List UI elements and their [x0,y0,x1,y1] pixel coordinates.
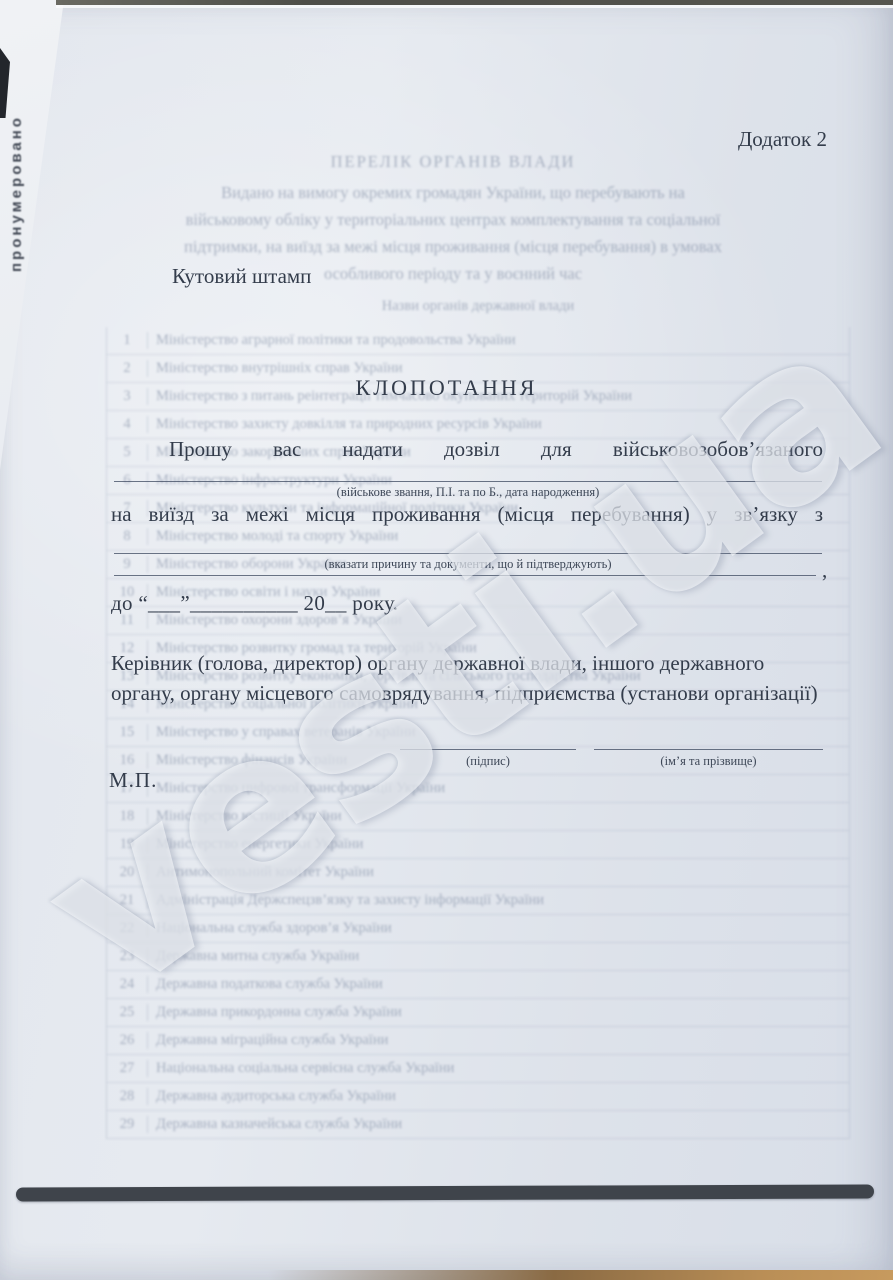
bleedthrough-row-text: Державна міграційна служба України [148,1032,388,1049]
bleedthrough-table-row: 1Міністерство аграрної політики та продо… [107,327,849,355]
bleedthrough-table-row: 20Антимонопольний комітет України [107,859,849,887]
bleedthrough-intro-title: ПЕРЕЛІК ОРГАНІВ ВЛАДИ [90,148,816,175]
bleedthrough-row-text: Міністерство захисту довкілля та природн… [148,416,542,433]
bleedthrough-row-text: Національна соціальна сервісна служба Ук… [148,1060,454,1077]
bleedthrough-row-text: Державна прикордонна служба України [148,1004,402,1021]
bleedthrough-row-number: 29 [107,1116,148,1133]
bleedthrough-row-text: Адміністрація Держспецзв’язку та захисту… [148,892,544,909]
bleedthrough-row-text: Міністерство юстиції України [148,808,342,825]
photographed-document-page: ПЕРЕЛІК ОРГАНІВ ВЛАДИ Видано на вимогу о… [0,0,893,1280]
bleedthrough-row-number: 4 [107,416,148,433]
bleedthrough-row-number: 20 [107,864,148,881]
request-line: Прошу вас надати дозвіл для військовозоб… [113,437,823,462]
bleedthrough-row-text: Державна податкова служба України [148,976,383,993]
bleedthrough-row-number: 8 [107,528,148,545]
bleedthrough-row-text: Антимонопольний комітет України [148,864,374,881]
signatory-role-line1: Керівник (голова, директор) органу держа… [111,651,825,676]
bleedthrough-row-number: 15 [107,724,148,741]
bleedthrough-row-text: Національна служба здоров’я України [148,920,392,937]
name-blank [594,749,823,750]
bleedthrough-row-number: 24 [107,976,148,993]
bleedthrough-row-text: Міністерство енергетики України [148,836,363,853]
blank-line-reason [114,553,822,554]
bleedthrough-row-text: Міністерство цифрової трансформації Укра… [148,780,445,797]
bleedthrough-table-row: 29Державна казначейська служба України [107,1111,849,1139]
bleedthrough-table-caption: Назви органів державної влади [106,298,850,315]
bleedthrough-row-number: 26 [107,1032,148,1049]
table-surface-edge [0,1270,893,1280]
signatory-role-line2: органу, органу місцевого самоврядування,… [111,681,825,706]
bleedthrough-table-row: 23Державна митна служба України [107,943,849,971]
bleedthrough-row-text: Міністерство фінансів України [148,752,347,769]
form-title: КЛОПОТАННЯ [0,375,893,401]
bleedthrough-row-text: Міністерство у справах ветеранів України [148,724,415,741]
corner-stamp-label: Кутовий штамп [172,264,311,289]
bleedthrough-row-text: Державна аудиторська служба України [148,1088,396,1105]
date-line: до “___”__________ 20__ року. [111,591,398,616]
bleedthrough-row-text: Міністерство молоді та спорту України [148,528,398,545]
bleedthrough-row-text: Державна казначейська служба України [148,1116,402,1133]
bleedthrough-table-row: 28Державна аудиторська служба України [107,1083,849,1111]
bleedthrough-intro-line: військовому обліку у територіальних цент… [90,206,816,233]
bleedthrough-table-row: 21Адміністрація Держспецзв’язку та захис… [107,887,849,915]
bleedthrough-row-number: 25 [107,1004,148,1021]
travel-line: на виїзд за межі місця проживання (місця… [111,502,823,527]
bleedthrough-row-number: 23 [107,948,148,965]
appendix-label: Додаток 2 [738,127,827,152]
bleedthrough-table-row: 4Міністерство захисту довкілля та природ… [107,411,849,439]
page-top-highlight [56,5,893,8]
bleedthrough-table-row: 26Державна міграційна служба України [107,1027,849,1055]
bleedthrough-row-number: 19 [107,836,148,853]
caption-reason: (вказати причину та документи, що й підт… [114,557,822,572]
bleedthrough-table-row: 17Міністерство цифрової трансформації Ук… [107,775,849,803]
bleedthrough-row-number: 28 [107,1088,148,1105]
spine-stamp-text: пронумеровано [8,104,25,272]
caption-name: (ім’я та прізвище) [594,754,823,769]
bleedthrough-table: Назви органів державної влади 1Міністерс… [106,298,850,1139]
signature-blank [400,749,576,750]
bleedthrough-row-number: 22 [107,920,148,937]
blank-line-rank [114,481,822,482]
bleedthrough-table-row: 19Міністерство енергетики України [107,831,849,859]
bleedthrough-row-number: 27 [107,1060,148,1077]
bleedthrough-row-number: 1 [107,332,148,349]
bleedthrough-table-row: 24Державна податкова служба України [107,971,849,999]
bleedthrough-table-row: 25Державна прикордонна служба України [107,999,849,1027]
bleedthrough-row-number: 21 [107,892,148,909]
bleedthrough-row-number: 16 [107,752,148,769]
bleedthrough-table-row: 18Міністерство юстиції України [107,803,849,831]
caption-rank: (військове звання, П.І. та по Б., дата н… [114,485,822,500]
bleedthrough-table-row: 22Національна служба здоров’я України [107,915,849,943]
bleedthrough-row-number: 18 [107,808,148,825]
bottom-black-bar [16,1185,874,1202]
bleedthrough-row-text: Державна митна служба України [148,948,359,965]
bleedthrough-intro-line: підтримки, на виїзд за межі місця прожив… [90,233,816,260]
bleedthrough-table-row: 8Міністерство молоді та спорту України [107,523,849,551]
caption-signature: (підпис) [400,754,576,769]
trailing-comma: , [822,558,827,583]
seal-place-label: М.П. [109,768,157,793]
bleedthrough-table-row: 15Міністерство у справах ветеранів Украї… [107,719,849,747]
bleedthrough-table-row: 27Національна соціальна сервісна служба … [107,1055,849,1083]
bleedthrough-row-text: Міністерство аграрної політики та продов… [148,332,516,349]
bleedthrough-intro-line: Видано на вимогу окремих громадян Україн… [90,179,816,206]
blank-line-continuation [114,575,816,576]
